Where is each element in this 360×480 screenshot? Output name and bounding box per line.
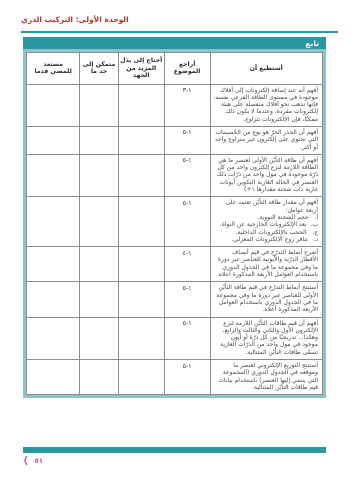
header-divider <box>21 31 338 33</box>
ready-to-proceed-cell <box>27 126 80 154</box>
need-effort-cell <box>118 84 164 126</box>
table-body: أفهم أنه عند إضافة إلكترونات إلى أفلاك م… <box>27 84 323 395</box>
need-effort-cell <box>118 317 164 359</box>
somewhat-able-cell <box>80 360 118 395</box>
header-somewhat-able: متمكن إلى حد ما <box>80 53 118 85</box>
need-effort-cell <box>118 154 164 196</box>
ready-to-proceed-cell <box>27 247 80 282</box>
review-topic-cell: ١-٥ <box>164 317 210 359</box>
somewhat-able-cell <box>80 126 118 154</box>
table-header-row: أستطيع أن أراجع الموضوع أحتاج إلى بذل ال… <box>27 53 323 85</box>
table-row: أشرح أنماط التدرّج في قيم أنصاف الأقطار … <box>27 247 323 282</box>
can-statement-cell: أفهم أن قيم طاقات التأيّن اللازمة لنزع ا… <box>210 317 322 359</box>
can-statement-cell: أفهم أن مقدار طاقة التأيّن تعتمد على أرب… <box>210 197 322 247</box>
can-statement-cell: أفهم أن الجذر الحرّ هو نوع من الجُسيمات … <box>210 126 322 154</box>
table-row: أستنتج التوزيع الإلكتروني لعنصر ما وموقع… <box>27 360 323 395</box>
somewhat-able-cell <box>80 197 118 247</box>
table-row: أفهم أن قيم طاقات التأيّن اللازمة لنزع ا… <box>27 317 323 359</box>
review-topic-cell: ١-٣ <box>164 84 210 126</box>
can-statement-cell: أشرح أنماط التدرّج في قيم أنصاف الأقطار … <box>210 247 322 282</box>
review-topic-cell: ١-٤ <box>164 247 210 282</box>
review-topic-cell: ١-٥ <box>164 126 210 154</box>
chevron-left-icon: ❮ <box>23 456 28 466</box>
table-row: أفهم أنه عند إضافة إلكترونات إلى أفلاك م… <box>27 84 323 126</box>
need-effort-cell <box>118 360 164 395</box>
can-statement-cell: أستنتج التوزيع الإلكتروني لعنصر ما وموقع… <box>210 360 322 395</box>
somewhat-able-cell <box>80 154 118 196</box>
ready-to-proceed-cell <box>27 282 80 317</box>
somewhat-able-cell <box>80 247 118 282</box>
header-ready-to-proceed: مستعد للمضي قدما <box>27 53 80 85</box>
page-nav: ❮ ٥١ <box>22 456 43 466</box>
self-assessment-table: أستطيع أن أراجع الموضوع أحتاج إلى بذل ال… <box>26 52 323 395</box>
need-effort-cell <box>118 282 164 317</box>
textbook-page: { "page": { "unit_title": "الوحدة الأولى… <box>0 0 360 480</box>
table-row: أفهم أن مقدار طاقة التأيّن تعتمد على أرب… <box>27 197 323 247</box>
header-need-more-effort: أحتاج إلى بذل المزيد من الجهد <box>118 53 164 85</box>
review-topic-cell: ١-٥ <box>164 282 210 317</box>
page-number: ٥١ <box>35 457 44 465</box>
header-review-topic: أراجع الموضوع <box>164 53 210 85</box>
review-topic-cell: ١-٥ <box>164 197 210 247</box>
ready-to-proceed-cell <box>27 84 80 126</box>
review-topic-cell: ١-٥ <box>164 154 210 196</box>
table-row: أستنتج أنماط التدرّج في قيم طاقة التأيّن… <box>27 282 323 317</box>
continued-banner: تابع <box>23 37 326 49</box>
self-assessment-table-frame: أستطيع أن أراجع الموضوع أحتاج إلى بذل ال… <box>23 49 326 398</box>
need-effort-cell <box>118 126 164 154</box>
header-i-can: أستطيع أن <box>210 53 322 85</box>
ready-to-proceed-cell <box>27 154 80 196</box>
somewhat-able-cell <box>80 317 118 359</box>
somewhat-able-cell <box>80 84 118 126</box>
can-statement-cell: أفهم أن طاقة التأيّن الأولى لعنصر ما هي … <box>210 154 322 196</box>
somewhat-able-cell <box>80 282 118 317</box>
can-statement-cell: أستنتج أنماط التدرّج في قيم طاقة التأيّن… <box>210 282 322 317</box>
ready-to-proceed-cell <box>27 197 80 247</box>
ready-to-proceed-cell <box>27 317 80 359</box>
table-row: أفهم أن طاقة التأيّن الأولى لعنصر ما هي … <box>27 154 323 196</box>
footer-divider <box>23 447 326 453</box>
unit-title: الوحدة الأولى: التركيب الذري <box>21 15 129 24</box>
ready-to-proceed-cell <box>27 360 80 395</box>
continued-label: تابع <box>305 39 319 48</box>
table-row: أفهم أن الجذر الحرّ هو نوع من الجُسيمات … <box>27 126 323 154</box>
review-topic-cell: ١-٥ <box>164 360 210 395</box>
can-statement-cell: أفهم أنه عند إضافة إلكترونات إلى أفلاك م… <box>210 84 322 126</box>
need-effort-cell <box>118 247 164 282</box>
need-effort-cell <box>118 197 164 247</box>
